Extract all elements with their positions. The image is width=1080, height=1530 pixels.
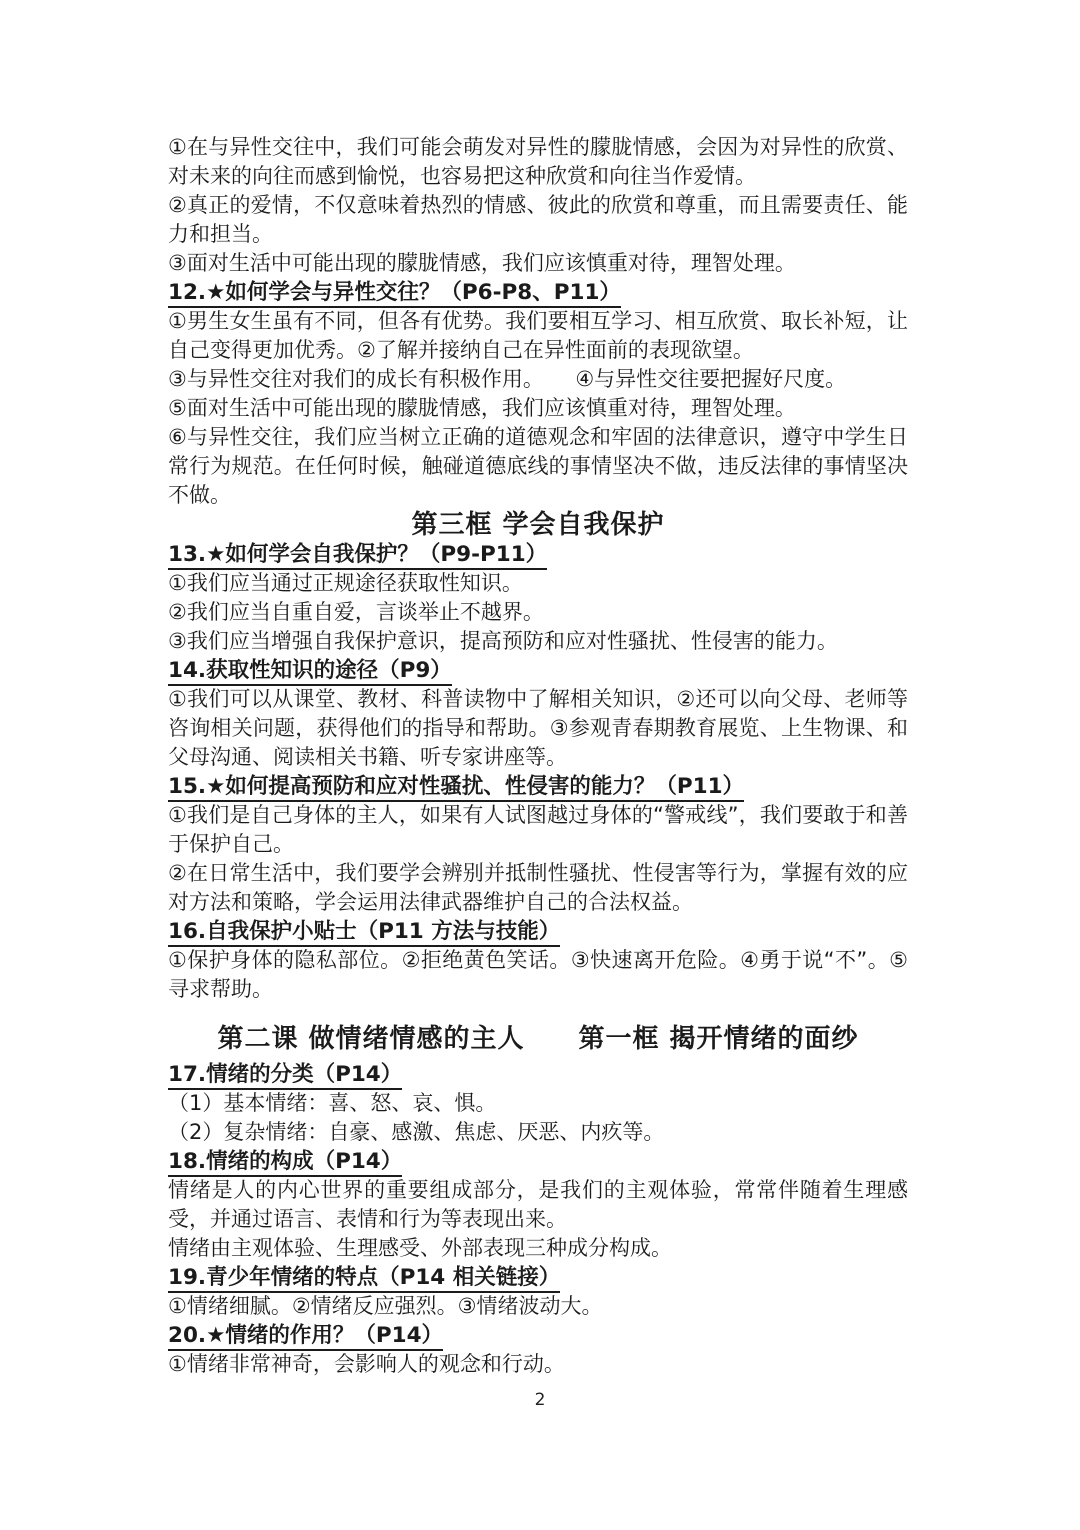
paragraph: ⑥与异性交往，我们应当树立正确的道德观念和牢固的法律意识，遵守中学生日常行为规范… (168, 423, 908, 510)
paragraph: ①保护身体的隐私部位。②拒绝黄色笑话。③快速离开危险。④勇于说“不”。⑤寻求帮助… (168, 946, 908, 1004)
question-17-heading: 17.情绪的分类（P14） (168, 1060, 908, 1089)
frame-3-heading: 第三框 学会自我保护 (168, 510, 908, 540)
question-15-heading: 15.★如何提高预防和应对性骚扰、性侵害的能力？（P11） (168, 772, 908, 801)
question-15-heading-text: 15.★如何提高预防和应对性骚扰、性侵害的能力？（P11） (168, 774, 744, 802)
paragraph: （1）基本情绪：喜、怒、哀、惧。 (168, 1089, 908, 1118)
question-12-heading: 12.★如何学会与异性交往？（P6-P8、P11） (168, 278, 908, 307)
paragraph: ③面对生活中可能出现的朦胧情感，我们应该慎重对待，理智处理。 (168, 249, 908, 278)
paragraph: ①我们是自己身体的主人，如果有人试图越过身体的“警戒线”，我们要敢于和善于保护自… (168, 801, 908, 859)
lesson-2-heading: 第二课 做情绪情感的主人 第一框 揭开情绪的面纱 (168, 1024, 908, 1054)
question-17-heading-text: 17.情绪的分类（P14） (168, 1062, 402, 1090)
paragraph: ①男生女生虽有不同，但各有优势。我们要相互学习、相互欣赏、取长补短，让自己变得更… (168, 307, 908, 365)
paragraph: ⑤面对生活中可能出现的朦胧情感，我们应该慎重对待，理智处理。 (168, 394, 908, 423)
question-19-heading-text: 19.青少年情绪的特点（P14 相关链接） (168, 1265, 560, 1293)
question-18-heading: 18.情绪的构成（P14） (168, 1147, 908, 1176)
question-18-heading-text: 18.情绪的构成（P14） (168, 1149, 402, 1177)
page-content: ①在与异性交往中，我们可能会萌发对异性的朦胧情感，会因为对异性的欣赏、对未来的向… (168, 133, 908, 1379)
paragraph: ①在与异性交往中，我们可能会萌发对异性的朦胧情感，会因为对异性的欣赏、对未来的向… (168, 133, 908, 191)
paragraph: ③我们应当增强自我保护意识，提高预防和应对性骚扰、性侵害的能力。 (168, 627, 908, 656)
paragraph: ①我们可以从课堂、教材、科普读物中了解相关知识，②还可以向父母、老师等咨询相关问… (168, 685, 908, 772)
paragraph: ①情绪非常神奇，会影响人的观念和行动。 (168, 1350, 908, 1379)
paragraph: ③与异性交往对我们的成长有积极作用。 ④与异性交往要把握好尺度。 (168, 365, 908, 394)
question-19-heading: 19.青少年情绪的特点（P14 相关链接） (168, 1263, 908, 1292)
question-14-heading: 14.获取性知识的途径（P9） (168, 656, 908, 685)
paragraph: ①情绪细腻。②情绪反应强烈。③情绪波动大。 (168, 1292, 908, 1321)
question-12-heading-text: 12.★如何学会与异性交往？（P6-P8、P11） (168, 280, 621, 308)
paragraph: ②我们应当自重自爱，言谈举止不越界。 (168, 598, 908, 627)
question-13-heading: 13.★如何学会自我保护？（P9-P11） (168, 540, 908, 569)
paragraph: 情绪由主观体验、生理感受、外部表现三种成分构成。 (168, 1234, 908, 1263)
paragraph: ②在日常生活中，我们要学会辨别并抵制性骚扰、性侵害等行为，掌握有效的应对方法和策… (168, 859, 908, 917)
question-16-heading: 16.自我保护小贴士（P11 方法与技能） (168, 917, 908, 946)
page-number: 2 (0, 1390, 1080, 1410)
question-20-heading: 20.★情绪的作用？（P14） (168, 1321, 908, 1350)
paragraph: ②真正的爱情，不仅意味着热烈的情感、彼此的欣赏和尊重，而且需要责任、能力和担当。 (168, 191, 908, 249)
paragraph: 情绪是人的内心世界的重要组成部分，是我们的主观体验，常常伴随着生理感受，并通过语… (168, 1176, 908, 1234)
document-page: ①在与异性交往中，我们可能会萌发对异性的朦胧情感，会因为对异性的欣赏、对未来的向… (0, 0, 1080, 1530)
question-14-heading-text: 14.获取性知识的途径（P9） (168, 658, 452, 686)
paragraph: （2）复杂情绪：自豪、感激、焦虑、厌恶、内疚等。 (168, 1118, 908, 1147)
question-16-heading-text: 16.自我保护小贴士（P11 方法与技能） (168, 919, 560, 947)
question-13-heading-text: 13.★如何学会自我保护？（P9-P11） (168, 542, 547, 570)
paragraph: ①我们应当通过正规途径获取性知识。 (168, 569, 908, 598)
question-20-heading-text: 20.★情绪的作用？（P14） (168, 1323, 443, 1351)
